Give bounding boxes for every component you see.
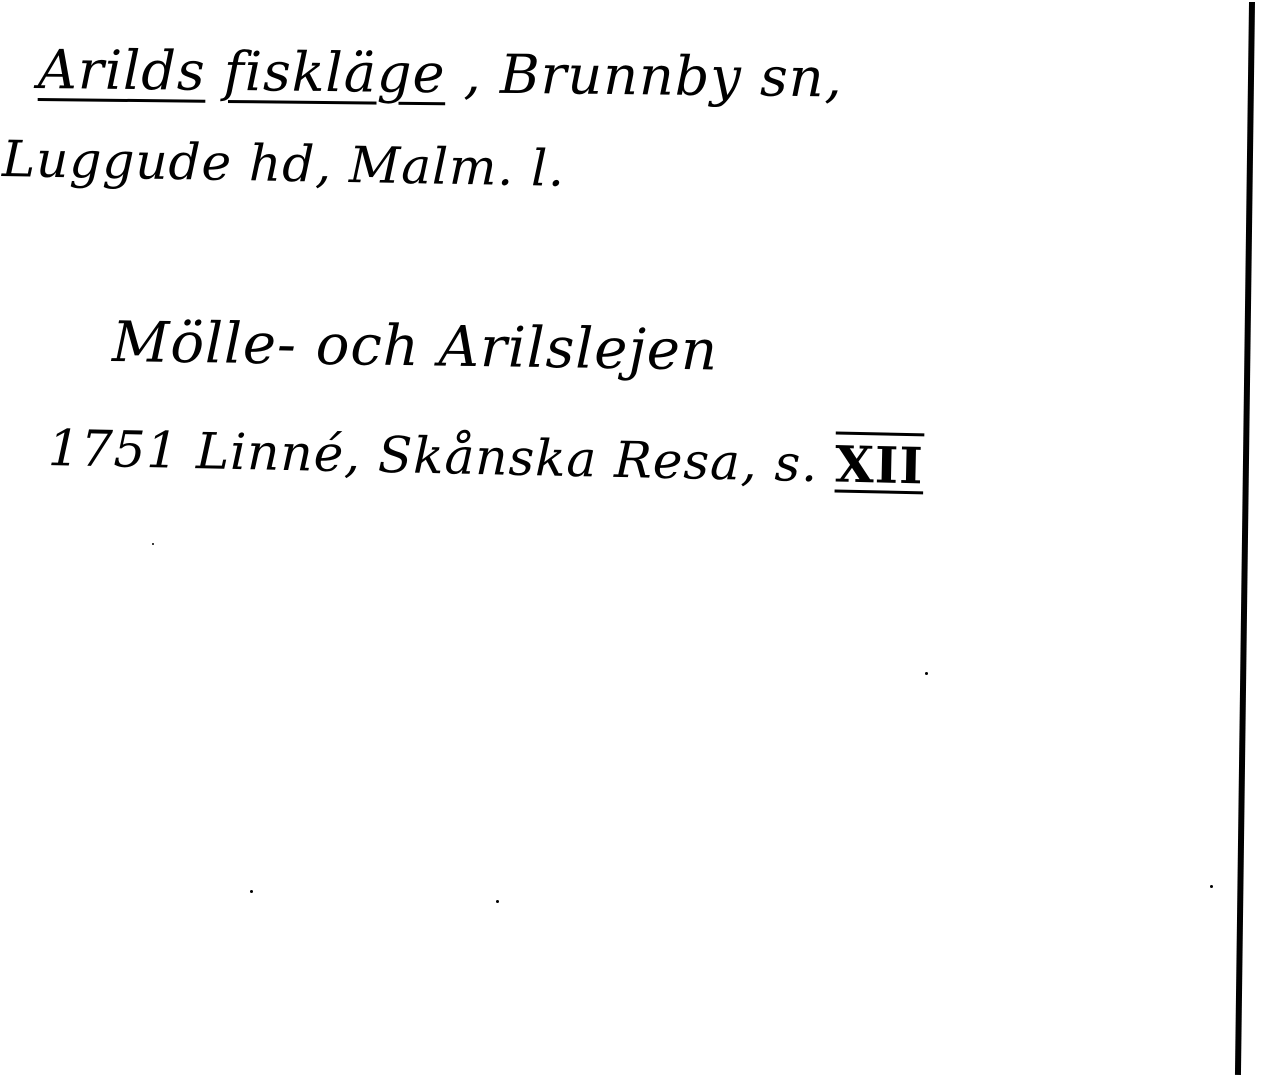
place-name: Arilds bbox=[38, 38, 206, 103]
page-number: XII bbox=[835, 434, 925, 495]
scan-speck bbox=[1210, 885, 1213, 888]
scan-speck bbox=[152, 543, 154, 545]
scan-speck bbox=[925, 672, 928, 675]
scan-speck bbox=[250, 890, 253, 893]
card-right-edge bbox=[1235, 2, 1255, 1075]
source-citation: 1751 Linné, Skånska Resa, s. bbox=[47, 419, 818, 493]
separator: , bbox=[463, 42, 500, 105]
parish: Brunnby sn, bbox=[500, 43, 843, 110]
heading-line: Arilds fiskläge , Brunnby sn, bbox=[38, 38, 843, 109]
source-line: 1751 Linné, Skånska Resa, s. XII bbox=[47, 418, 924, 495]
scan-speck bbox=[496, 900, 499, 903]
name-form-line: Mölle- och Arilslejen bbox=[112, 310, 719, 383]
district-line: Luggude hd, Malm. l. bbox=[1, 130, 565, 198]
index-card: Arilds fiskläge , Brunnby sn, Luggude hd… bbox=[0, 0, 1266, 1075]
place-type: fiskläge bbox=[223, 40, 445, 105]
